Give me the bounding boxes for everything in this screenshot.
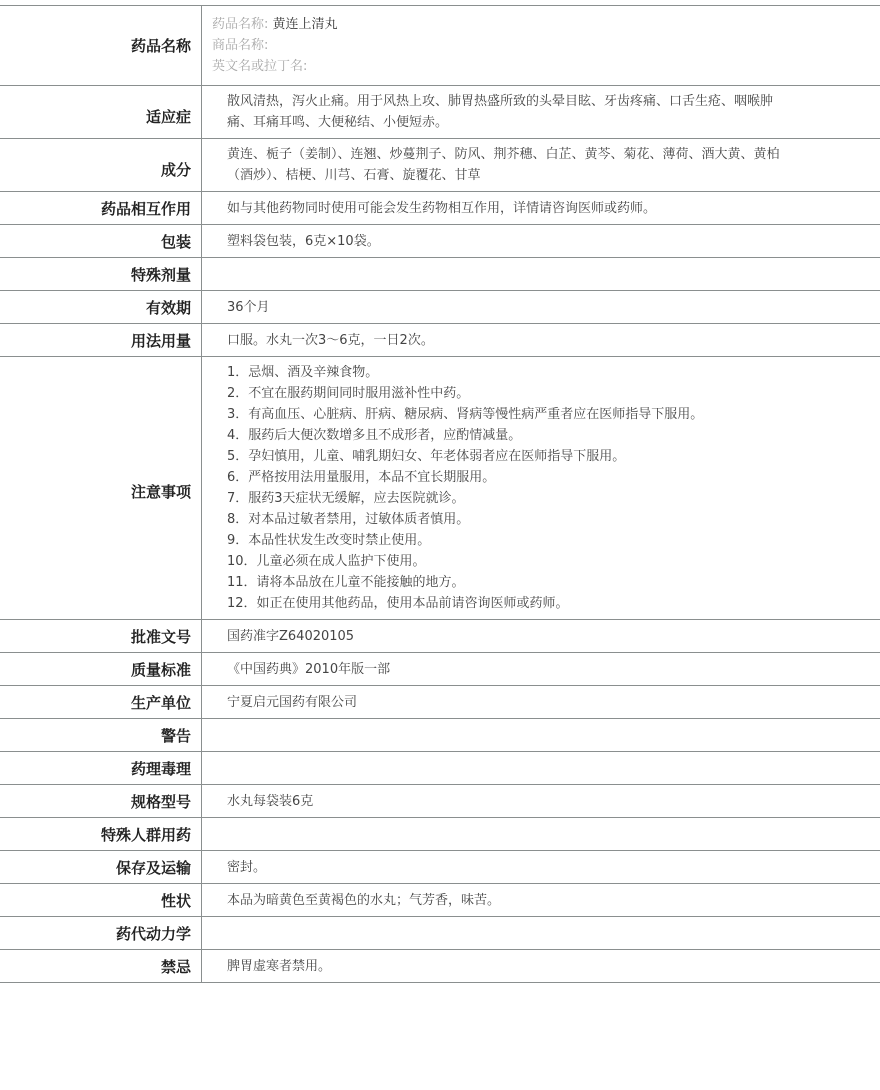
trade-name-key: 商品名称: — [212, 38, 268, 53]
row-value: 水丸每袋装6克 — [202, 785, 880, 818]
row-label: 有效期 — [0, 291, 202, 324]
row-label: 药代动力学 — [0, 917, 202, 950]
generic-name-line: 药品名称: 黄连上清丸 — [212, 14, 880, 35]
precaution-item: 4．服药后大便次数增多且不成形者，应酌情减量。 — [227, 425, 880, 446]
row-label: 适应症 — [0, 86, 202, 139]
row-packaging: 包装 塑料袋包装，6克×10袋。 — [0, 225, 880, 258]
row-value — [202, 258, 880, 291]
precaution-item: 2．不宜在服药期间同时服用滋补性中药。 — [227, 383, 880, 404]
row-label: 规格型号 — [0, 785, 202, 818]
row-value: 36个月 — [202, 291, 880, 324]
row-shelf-life: 有效期 36个月 — [0, 291, 880, 324]
row-value — [202, 719, 880, 752]
row-label: 保存及运输 — [0, 851, 202, 884]
row-value: 脾胃虚寒者禁用。 — [202, 950, 880, 983]
precaution-item: 6．严格按用法用量服用，本品不宜长期服用。 — [227, 467, 880, 488]
precaution-item: 7．服药3天症状无缓解，应去医院就诊。 — [227, 488, 880, 509]
row-label: 生产单位 — [0, 686, 202, 719]
row-value — [202, 752, 880, 785]
english-name-key: 英文名或拉丁名: — [212, 59, 307, 74]
row-value: 口服。水丸一次3～6克，一日2次。 — [202, 324, 880, 357]
precaution-item: 3．有高血压、心脏病、肝病、糖尿病、肾病等慢性病严重者应在医师指导下服用。 — [227, 404, 880, 425]
row-manufacturer: 生产单位 宁夏启元国药有限公司 — [0, 686, 880, 719]
row-label: 包装 — [0, 225, 202, 258]
row-label: 特殊人群用药 — [0, 818, 202, 851]
row-precautions: 注意事项 1．忌烟、酒及辛辣食物。 2．不宜在服药期间同时服用滋补性中药。 3．… — [0, 357, 880, 620]
row-drug-name: 药品名称 药品名称: 黄连上清丸 商品名称: 英文名或拉丁名: — [0, 6, 880, 86]
precaution-item: 5．孕妇慎用，儿童、哺乳期妇女、年老体弱者应在医师指导下服用。 — [227, 446, 880, 467]
precaution-item: 1．忌烟、酒及辛辣食物。 — [227, 362, 880, 383]
row-value: 《中国药典》2010年版一部 — [202, 653, 880, 686]
row-value: 塑料袋包装，6克×10袋。 — [202, 225, 880, 258]
row-indications: 适应症 散风清热，泻火止痛。用于风热上攻、肺胃热盛所致的头晕目眩、牙齿疼痛、口舌… — [0, 86, 880, 139]
row-label: 批准文号 — [0, 620, 202, 653]
row-interactions: 药品相互作用 如与其他药物同时使用可能会发生药物相互作用，详情请咨询医师或药师。 — [0, 192, 880, 225]
row-value: 散风清热，泻火止痛。用于风热上攻、肺胃热盛所致的头晕目眩、牙齿疼痛、口舌生疮、咽… — [202, 86, 880, 139]
row-special-population: 特殊人群用药 — [0, 818, 880, 851]
row-label: 警告 — [0, 719, 202, 752]
row-contraindications: 禁忌 脾胃虚寒者禁用。 — [0, 950, 880, 983]
precaution-item: 10．儿童必须在成人监护下使用。 — [227, 551, 880, 572]
generic-name-value: 黄连上清丸 — [273, 17, 338, 32]
row-label: 药品相互作用 — [0, 192, 202, 225]
row-warning: 警告 — [0, 719, 880, 752]
row-value: 宁夏启元国药有限公司 — [202, 686, 880, 719]
precaution-item: 9．本品性状发生改变时禁止使用。 — [227, 530, 880, 551]
row-pharmacology: 药理毒理 — [0, 752, 880, 785]
precaution-item: 11．请将本品放在儿童不能接触的地方。 — [227, 572, 880, 593]
english-name-line: 英文名或拉丁名: — [212, 56, 880, 77]
row-label: 成分 — [0, 139, 202, 192]
precautions-list: 1．忌烟、酒及辛辣食物。 2．不宜在服药期间同时服用滋补性中药。 3．有高血压、… — [202, 357, 880, 620]
drug-spec-table: 药品名称 药品名称: 黄连上清丸 商品名称: 英文名或拉丁名: 适应症 散风清热… — [0, 5, 880, 983]
row-value: 国药准字Z64020105 — [202, 620, 880, 653]
row-value — [202, 917, 880, 950]
row-value: 密封。 — [202, 851, 880, 884]
row-approval: 批准文号 国药准字Z64020105 — [0, 620, 880, 653]
row-appearance: 性状 本品为暗黄色至黄褐色的水丸；气芳香，味苦。 — [0, 884, 880, 917]
precaution-item: 8．对本品过敏者禁用，过敏体质者慎用。 — [227, 509, 880, 530]
row-label: 性状 — [0, 884, 202, 917]
row-ingredients: 成分 黄连、栀子（姜制）、连翘、炒蔓荆子、防风、荆芥穗、白芷、黄芩、菊花、薄荷、… — [0, 139, 880, 192]
row-special-dosage: 特殊剂量 — [0, 258, 880, 291]
row-label: 质量标准 — [0, 653, 202, 686]
row-label: 药品名称 — [0, 6, 202, 86]
row-pharmacokinetics: 药代动力学 — [0, 917, 880, 950]
row-value: 如与其他药物同时使用可能会发生药物相互作用，详情请咨询医师或药师。 — [202, 192, 880, 225]
row-label: 注意事项 — [0, 357, 202, 620]
row-usage: 用法用量 口服。水丸一次3～6克，一日2次。 — [0, 324, 880, 357]
row-standard: 质量标准 《中国药典》2010年版一部 — [0, 653, 880, 686]
drug-name-values: 药品名称: 黄连上清丸 商品名称: 英文名或拉丁名: — [202, 6, 880, 86]
row-label: 用法用量 — [0, 324, 202, 357]
precaution-item: 12．如正在使用其他药品，使用本品前请咨询医师或药师。 — [227, 593, 880, 614]
generic-name-key: 药品名称: — [212, 17, 268, 32]
row-value: 本品为暗黄色至黄褐色的水丸；气芳香，味苦。 — [202, 884, 880, 917]
row-label: 禁忌 — [0, 950, 202, 983]
trade-name-line: 商品名称: — [212, 35, 880, 56]
row-value — [202, 818, 880, 851]
row-specification: 规格型号 水丸每袋装6克 — [0, 785, 880, 818]
row-value: 黄连、栀子（姜制）、连翘、炒蔓荆子、防风、荆芥穗、白芷、黄芩、菊花、薄荷、酒大黄… — [202, 139, 880, 192]
row-label: 药理毒理 — [0, 752, 202, 785]
row-storage: 保存及运输 密封。 — [0, 851, 880, 884]
row-label: 特殊剂量 — [0, 258, 202, 291]
